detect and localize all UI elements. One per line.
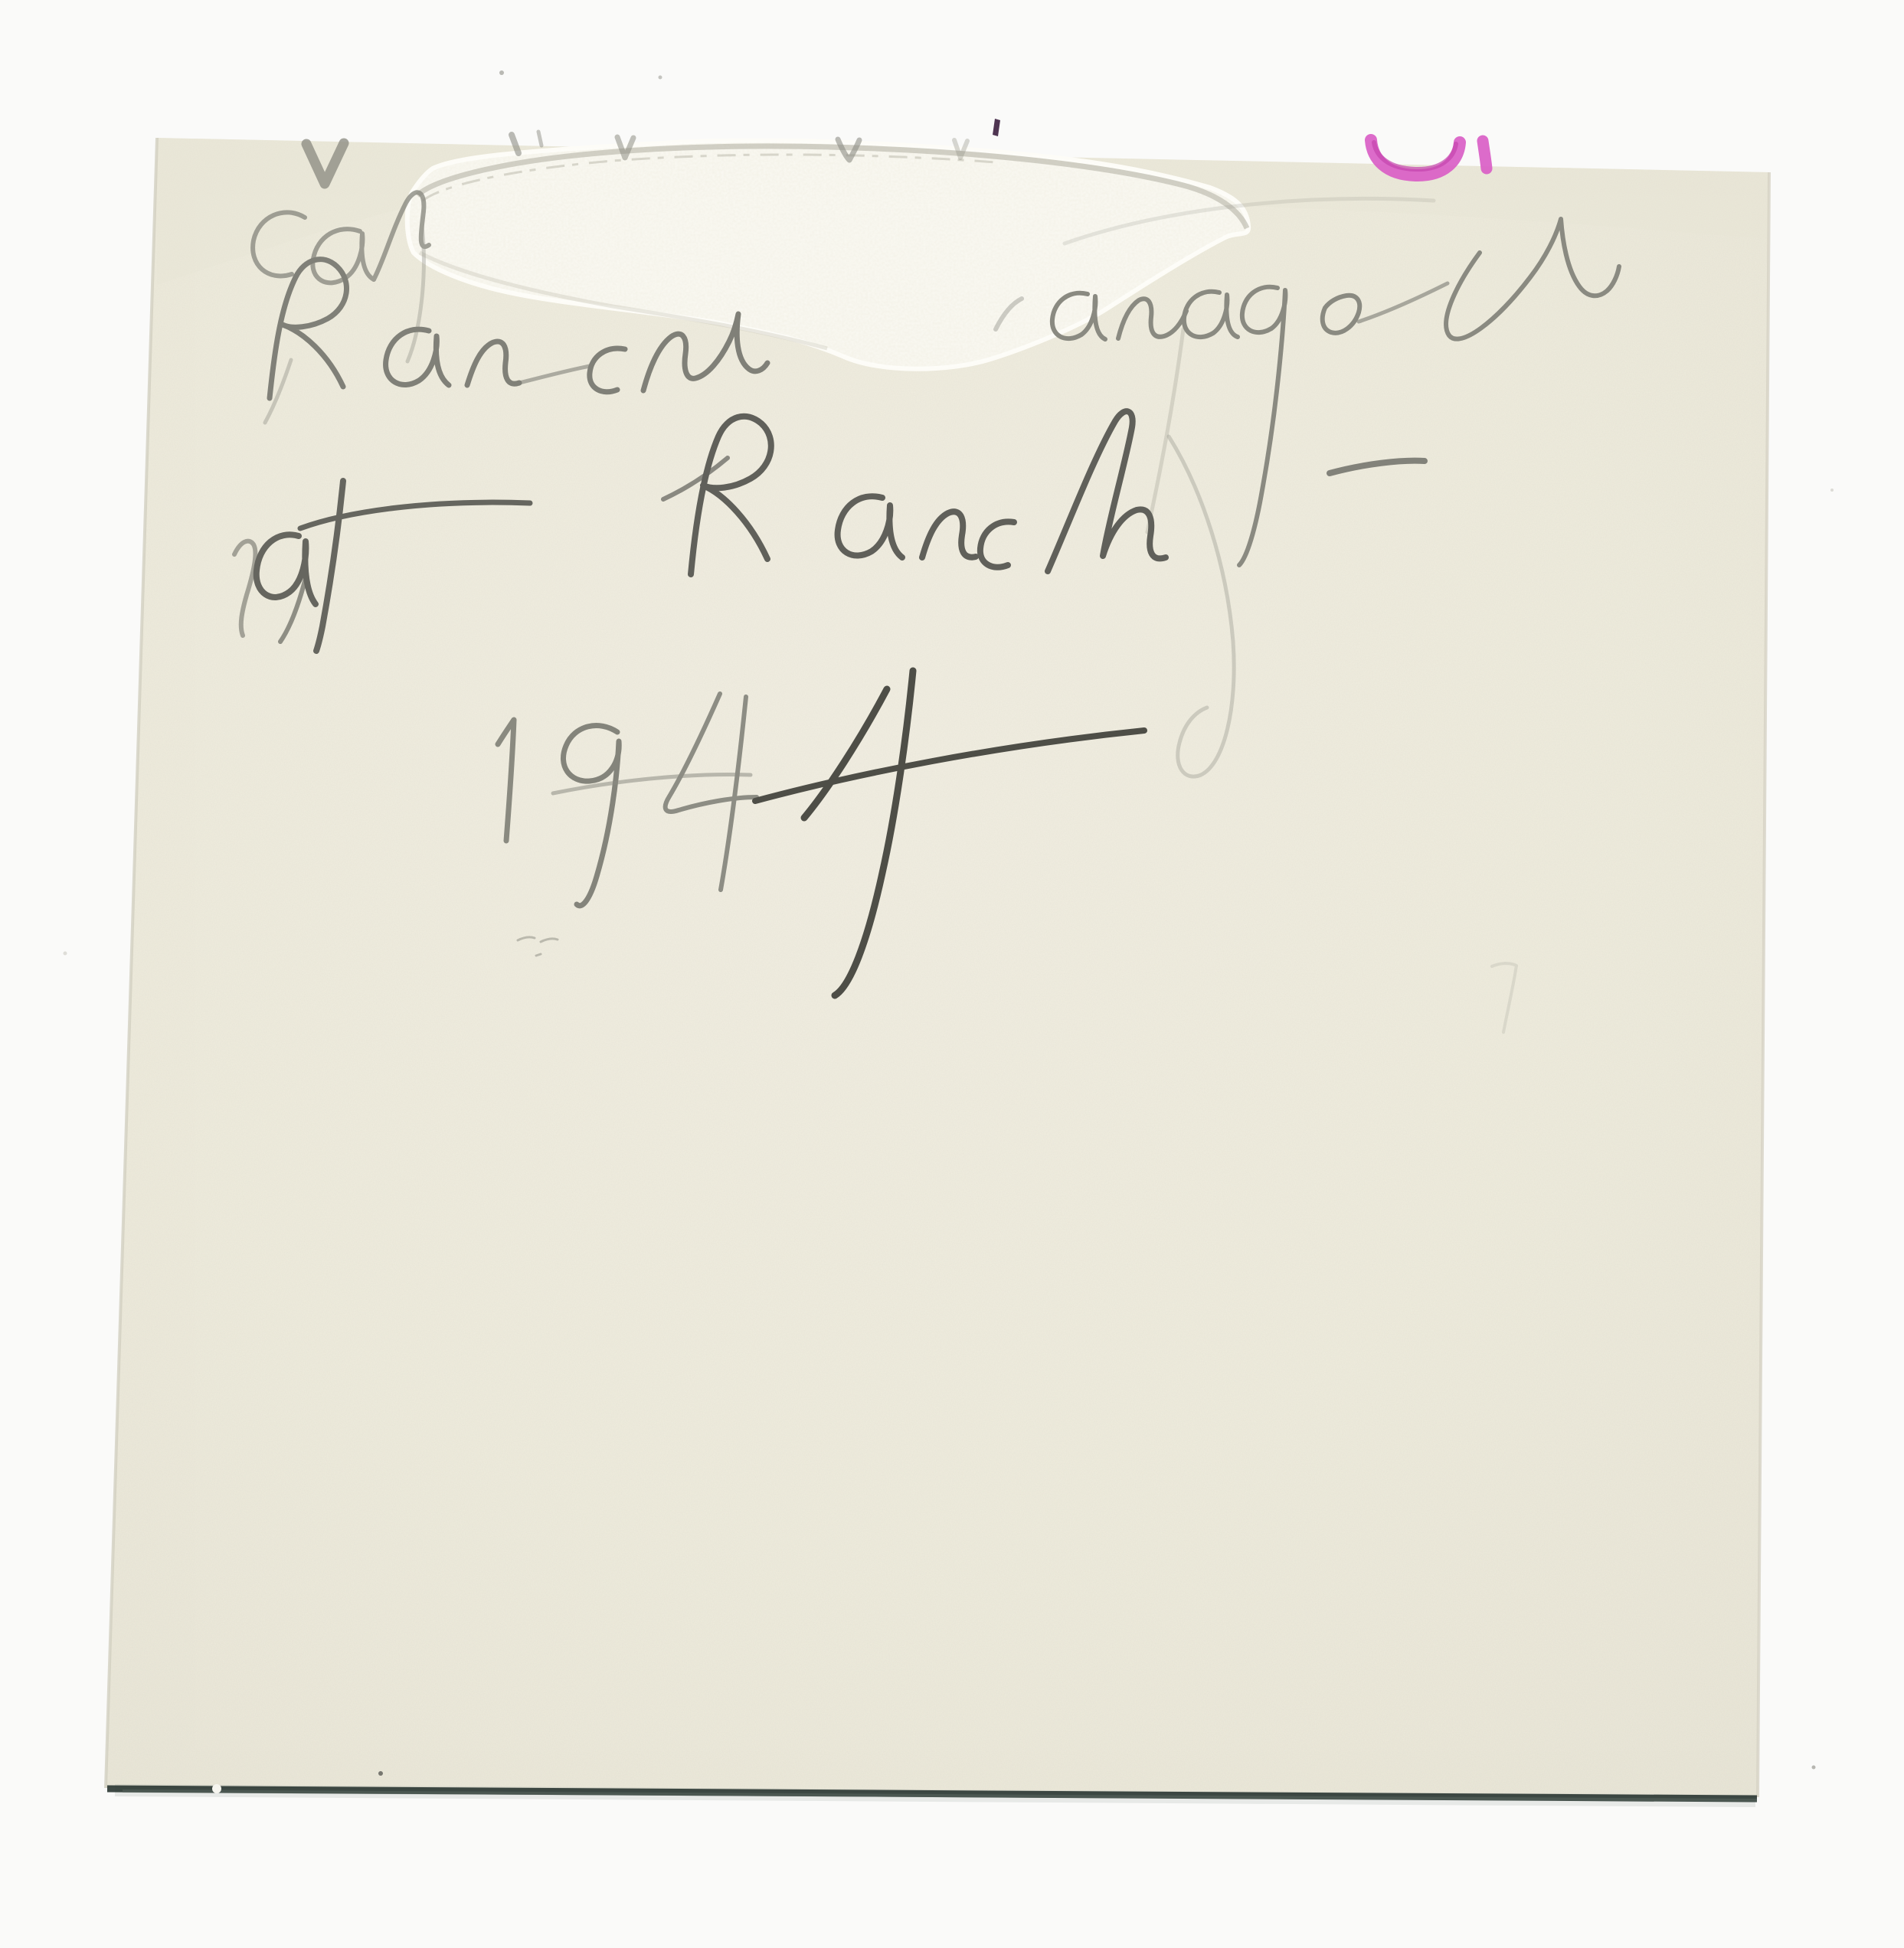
edge-chip [212, 1784, 221, 1793]
dust-speck [64, 952, 67, 956]
scan-canvas: photo verso note paper with torn top edg… [0, 0, 1904, 1948]
scanned-photo-verso: car Ranch Manager at Ranch 1944 [0, 0, 1904, 1948]
dust-speck [1812, 1766, 1816, 1770]
dust-speck [1830, 489, 1834, 492]
paper-sheet: photo verso note paper with torn top edg… [100, 130, 1777, 1807]
dust-speck [659, 76, 662, 80]
pink-bar [1483, 141, 1487, 168]
dust-speck [499, 70, 504, 75]
smudge-stroke [536, 954, 541, 956]
edge-fleck [378, 1771, 383, 1776]
paper-grain-texture [100, 130, 1777, 1807]
